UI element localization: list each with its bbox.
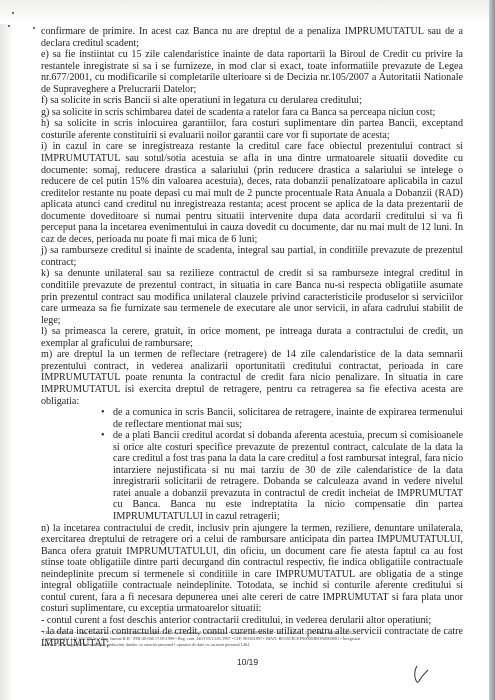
bullet-icon: • — [101, 430, 105, 442]
clause-l: l) sa primeasca la cerere, gratuit, in o… — [41, 326, 463, 349]
paragraph-d-continued: confirmare de primire. In acest caz Banc… — [41, 26, 463, 49]
contract-body: confirmare de primire. In acest caz Banc… — [41, 26, 463, 650]
bullet-item: • de a comunica in scris Bancii, solicit… — [101, 407, 463, 430]
exception-item-1: - contul curent a fost deschis anterior … — [41, 615, 463, 627]
scan-right-edge — [489, 0, 495, 700]
scan-speck — [33, 27, 35, 29]
scan-left-shadow — [0, 0, 14, 700]
bank-footer: CEC BANK S.A. • Calea Victoriei nr. 13, … — [43, 630, 483, 648]
clause-e: e) sa fie instiintat cu 15 zile calendar… — [41, 49, 463, 95]
clause-f: f) sa solicite in scris Bancii si alte o… — [41, 95, 463, 107]
clause-j: j) sa ramburseze creditul si inainte de … — [41, 245, 463, 268]
handwritten-initial-icon — [411, 663, 431, 685]
clause-i: i) in cazul in care se inregistreaza res… — [41, 141, 463, 245]
clause-n: n) la incetarea contractului de credit, … — [41, 523, 463, 615]
clause-k: k) sa denunte unilateral sau sa reziliez… — [41, 268, 463, 326]
bullet-text: de a comunica in scris Bancii, solicitar… — [113, 407, 463, 430]
scan-speck — [12, 12, 14, 14]
clause-m: m) are dreptul la un termen de reflectar… — [41, 349, 463, 407]
bullet-item: • de a plati Bancii creditul acordat si … — [101, 430, 463, 522]
document-page: confirmare de primire. In acest caz Banc… — [0, 0, 490, 700]
footer-line-3: sub nr. 758 in registrul de evidenţă a p… — [43, 642, 483, 648]
bullet-icon: • — [101, 407, 105, 419]
clause-h: h) sa solicite in scris inlocuirea garan… — [41, 118, 463, 141]
scan-top-shade — [0, 0, 489, 24]
bullet-text: de a plati Bancii creditul acordat si do… — [113, 430, 463, 522]
clause-g: g) sa solicite in scris schimbarea datei… — [41, 107, 463, 119]
scan-speck — [8, 25, 10, 27]
